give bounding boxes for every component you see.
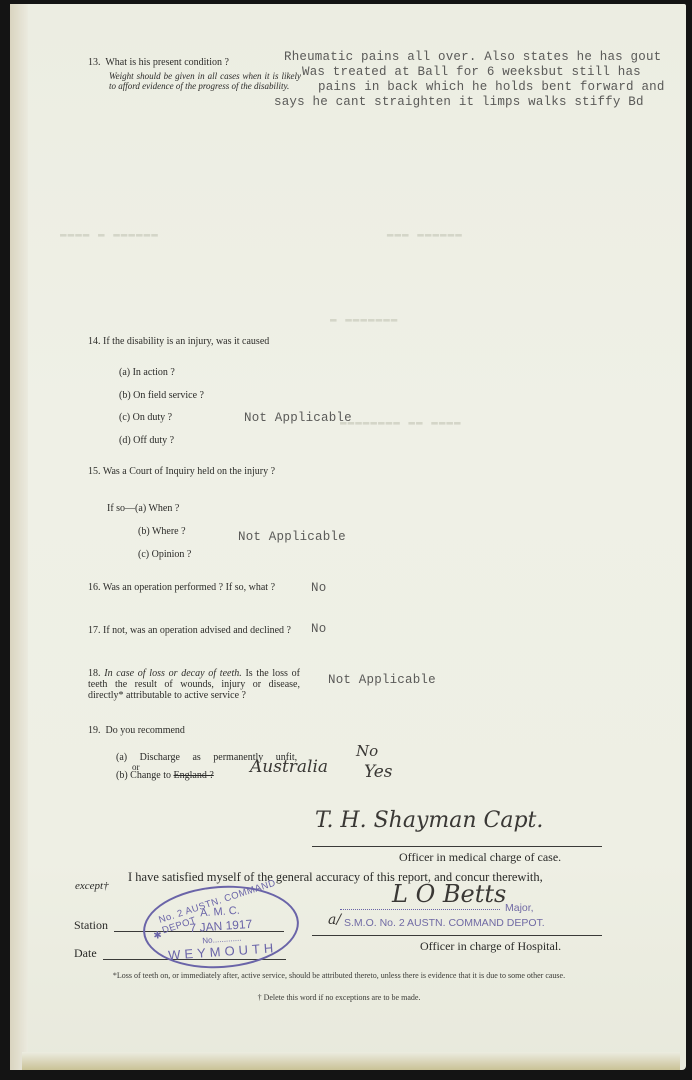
q15-number: 15. xyxy=(88,466,101,477)
hospital-officer-caption: Officer in charge of Hospital. xyxy=(420,939,561,954)
q13-note: Weight should be given in all cases when… xyxy=(109,71,301,91)
q15-answer: Not Applicable xyxy=(238,530,346,545)
q19-answer-b: Yes xyxy=(364,762,393,782)
q19-option-b-prefix: (b) Change to xyxy=(116,770,171,781)
q14-option-c: (c) On duty ? xyxy=(119,412,172,423)
q17-number: 17. xyxy=(88,625,101,636)
dotted-line xyxy=(340,909,500,910)
show-through-text: ▬▬▬▬▬▬▬▬ ▬▬ ▬▬▬▬ xyxy=(340,417,462,429)
q19-struck-england: England ? xyxy=(174,770,214,781)
q17-text: If not, was an operation advised and dec… xyxy=(103,625,291,636)
q13-question: 13. What is his present condition ? xyxy=(88,57,229,68)
q15-text: Was a Court of Inquiry held on the injur… xyxy=(103,466,275,477)
teeth-footnote: *Loss of teeth on, or immediately after,… xyxy=(74,971,604,980)
q19-question: 19. Do you recommend xyxy=(88,725,185,736)
medical-officer-signature: T. H. Shayman Capt. xyxy=(315,808,543,833)
q13-answer-line-3: pains in back which he holds bent forwar… xyxy=(318,80,665,95)
q14-option-a: (a) In action ? xyxy=(119,367,175,378)
q15-option-opinion: (c) Opinion ? xyxy=(138,549,191,560)
q15-question: 15. Was a Court of Inquiry held on the i… xyxy=(88,466,300,477)
q17-question: 17. If not, was an operation advised and… xyxy=(88,625,300,636)
q16-question: 16. Was an operation performed ? If so, … xyxy=(88,582,300,593)
q14-number: 14. xyxy=(88,336,101,347)
signature-line xyxy=(312,846,602,847)
q13-text: What is his present condition ? xyxy=(105,57,229,68)
q18-number: 18. xyxy=(88,668,101,679)
station-label: Station xyxy=(74,918,108,933)
q15-option-when: If so—(a) When ? xyxy=(107,503,179,514)
hospital-signature-line xyxy=(312,935,602,936)
q18-answer: Not Applicable xyxy=(328,673,436,688)
q16-answer: No xyxy=(311,581,326,596)
q17-answer: No xyxy=(311,622,326,637)
q14-text: If the disability is an injury, was it c… xyxy=(103,336,269,347)
q18-question: 18. In case of loss or decay of teeth. I… xyxy=(88,668,300,701)
delete-footnote: † Delete this word if no exceptions are … xyxy=(74,993,604,1002)
q16-text: Was an operation performed ? If so, what… xyxy=(103,582,275,593)
acting-prefix: a/ xyxy=(328,912,341,928)
q14-answer: Not Applicable xyxy=(244,411,352,426)
show-through-text: ▬ ▬▬▬▬▬▬▬ xyxy=(330,314,398,326)
hospital-officer-signature: L O Betts xyxy=(392,880,506,908)
q18-italic-lead: In case of loss or decay of teeth. xyxy=(104,668,242,679)
q19-number: 19. xyxy=(88,725,101,736)
q19-option-b: (b) Change to England ? xyxy=(116,770,214,781)
q13-number: 13. xyxy=(88,57,101,68)
q19-answer-a: No xyxy=(356,742,378,760)
rank-major: Major, xyxy=(505,902,534,914)
except-label: except† xyxy=(75,880,109,892)
smo-stamp: S.M.O. No. 2 AUSTN. COMMAND DEPOT. xyxy=(344,917,545,929)
document-page: ▬▬▬▬ ▬ ▬▬▬▬▬▬ ▬▬▬ ▬▬▬▬▬▬ ▬ ▬▬▬▬▬▬▬ ▬▬▬▬▬… xyxy=(10,4,686,1070)
date-label: Date xyxy=(74,946,97,961)
q19-handwritten-australia: Australia xyxy=(250,757,328,777)
q14-option-d: (d) Off duty ? xyxy=(119,435,174,446)
q13-answer-line-2: Was treated at Ball for 6 weeksbut still… xyxy=(302,65,641,80)
q14-option-b: (b) On field service ? xyxy=(119,390,204,401)
q13-answer-line-4: says he cant straighten it limps walks s… xyxy=(274,95,644,110)
q19-text: Do you recommend xyxy=(106,725,185,736)
show-through-text: ▬▬▬▬ ▬ ▬▬▬▬▬▬ ▬▬▬ ▬▬▬▬▬▬ xyxy=(60,229,463,241)
q14-question: 14. If the disability is an injury, was … xyxy=(88,336,300,347)
q15-option-where: (b) Where ? xyxy=(138,526,186,537)
q13-answer-line-1: Rheumatic pains all over. Also states he… xyxy=(284,50,661,65)
medical-officer-caption: Officer in medical charge of case. xyxy=(399,850,561,865)
q16-number: 16. xyxy=(88,582,101,593)
